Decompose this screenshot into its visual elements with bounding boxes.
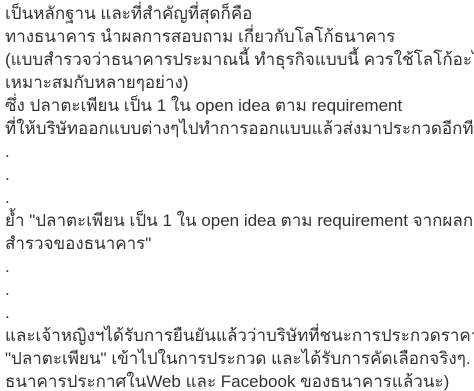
dot-separator-line: . <box>5 163 472 186</box>
text-line: เป็นหลักฐาน และที่สำคัญที่สุดก็คือ <box>5 2 472 25</box>
text-line: ย้ำ "ปลาตะเพียน เป็น 1 ใน open idea ตาม … <box>5 209 472 232</box>
dot-separator-line: . <box>5 140 472 163</box>
post-text-block: เป็นหลักฐาน และที่สำคัญที่สุดก็คือ ทางธน… <box>0 0 474 391</box>
text-line: และเจ้าหญิงฯได้รับการยืนยันแล้วว่าบริษัท… <box>5 324 472 347</box>
dot-separator-line: . <box>5 255 472 278</box>
text-line: (แบบสำรวจว่าธนาคารประมาณนี้ ทำธุรกิจแบบน… <box>5 48 472 71</box>
dot-separator-line: . <box>5 278 472 301</box>
dot-separator-line: . <box>5 301 472 324</box>
text-line: ที่ให้บริษัทออกแบบต่างๆไปทำการออกแบบแล้ว… <box>5 117 472 140</box>
text-line: ธนาคารประกาศในWeb และ Facebook ของธนาคาร… <box>5 370 472 391</box>
text-line: ซึ่ง ปลาตะเพียน เป็น 1 ใน open idea ตาม … <box>5 94 472 117</box>
dot-separator-line: . <box>5 186 472 209</box>
text-line: เหมาะสมกับหลายๆอย่าง) <box>5 71 472 94</box>
text-line: ทางธนาคาร นำผลการสอบถาม เกี่ยวกับโลโก้ธน… <box>5 25 472 48</box>
text-line: สำรวจของธนาคาร" <box>5 232 472 255</box>
text-line: "ปลาตะเพียน" เข้าไปในการประกวด และได้รับ… <box>5 347 472 370</box>
